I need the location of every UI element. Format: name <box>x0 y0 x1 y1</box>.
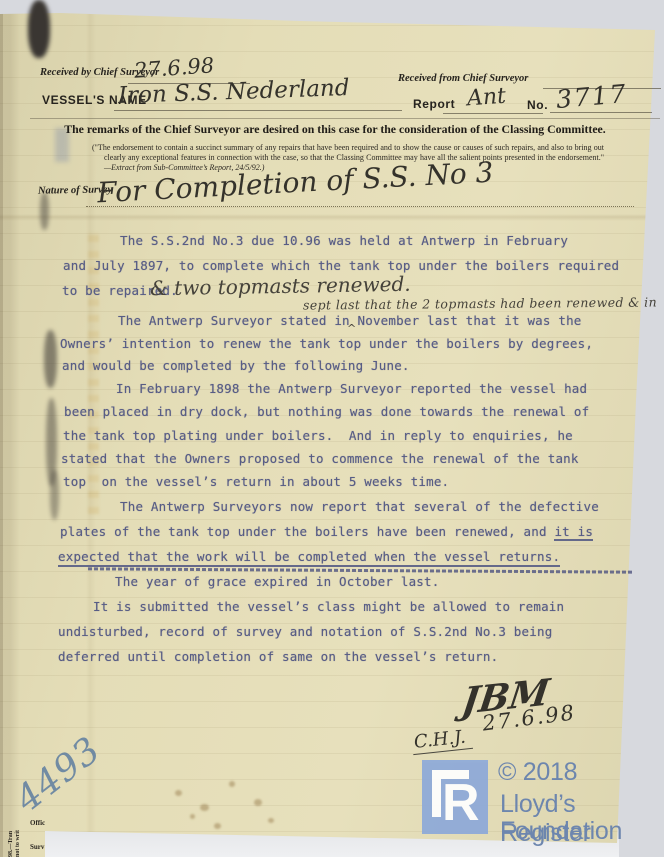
typed-segment: plates of the tank top under the boilers… <box>60 524 554 539</box>
remarks-heading: The remarks of the Chief Surveyor are de… <box>25 122 645 137</box>
form-footer-rotated-line: 98.—Tran <box>8 807 15 857</box>
foxing-spot <box>229 781 235 787</box>
lr-logo-left-bar <box>432 770 441 817</box>
typed-line: deferred until completion of same on the… <box>58 649 498 664</box>
form-footer-rotated-line: not to writ <box>15 807 22 857</box>
typed-line: In February 1898 the Antwerp Surveyor re… <box>116 381 587 396</box>
copyright-text: © 2018 <box>498 758 577 787</box>
report-underline <box>443 113 543 114</box>
stamp-show-through <box>88 232 99 514</box>
binding-mark <box>40 192 49 230</box>
typed-line: and would be completed by the following … <box>62 358 410 373</box>
binding-mark <box>44 330 57 388</box>
lr-logo-icon: R <box>422 760 488 834</box>
foxing-spot <box>200 804 209 811</box>
endorsement-fine-print-text: ("The endorsement to contain a succinct … <box>92 143 604 162</box>
form-footer-rotated-note: 98.—Tran not to writ <box>8 807 22 857</box>
binding-mark <box>50 470 59 520</box>
received-from-label: Received from Chief Surveyor <box>398 73 528 84</box>
lr-logo-letter: R <box>442 777 480 829</box>
foxing-spot <box>268 818 274 823</box>
foundation-name-line2: Foundation <box>500 817 622 846</box>
number-label: No. <box>527 98 548 112</box>
vessel-name-underline <box>114 110 402 111</box>
typed-line: The year of grace expired in October las… <box>115 574 439 589</box>
typed-line: undisturbed, record of survey and notati… <box>58 624 552 639</box>
typed-line: top on the vessel’s return in about 5 we… <box>63 474 449 489</box>
typed-line: the tank top plating under boilers. And … <box>63 428 573 443</box>
form-footer-fragment-2: Surv <box>30 843 44 851</box>
typed-line: Owners’ intention to renew the tank top … <box>60 336 593 351</box>
scanned-survey-report-photo: Received by Chief Surveyor 27.6.98 Recei… <box>0 0 664 857</box>
foxing-spot <box>175 790 182 796</box>
typed-line: stated that the Owners proposed to comme… <box>61 451 579 466</box>
insertion-caret: ^ <box>347 322 356 335</box>
interline-annotation: sept last that the 2 topmasts had been r… <box>303 294 657 312</box>
report-label: Report <box>413 97 455 111</box>
typed-line: plates of the tank top under the boilers… <box>60 524 593 539</box>
section-divider-rule <box>30 118 660 119</box>
foxing-spot <box>190 814 195 819</box>
foxing-spot <box>214 823 221 829</box>
binding-mark <box>28 0 50 58</box>
typed-line: The S.S.2nd No.3 due 10.96 was held at A… <box>120 233 568 248</box>
number-value-handwritten: 3717 <box>555 79 629 114</box>
foxing-spot <box>254 799 262 806</box>
typed-line: been placed in dry dock, but nothing was… <box>64 404 589 419</box>
typed-line: and July 1897, to complete which the tan… <box>63 258 619 273</box>
typed-line: It is submitted the vessel’s class might… <box>93 599 564 614</box>
typed-line: The Antwerp Surveyors now report that se… <box>120 499 599 514</box>
report-value-handwritten: Ant <box>466 84 507 112</box>
typed-line-underlined: expected that the work will be completed… <box>58 549 560 567</box>
typed-segment-underlined: it is <box>554 524 593 541</box>
nature-of-survey-dotted-line <box>86 206 634 207</box>
